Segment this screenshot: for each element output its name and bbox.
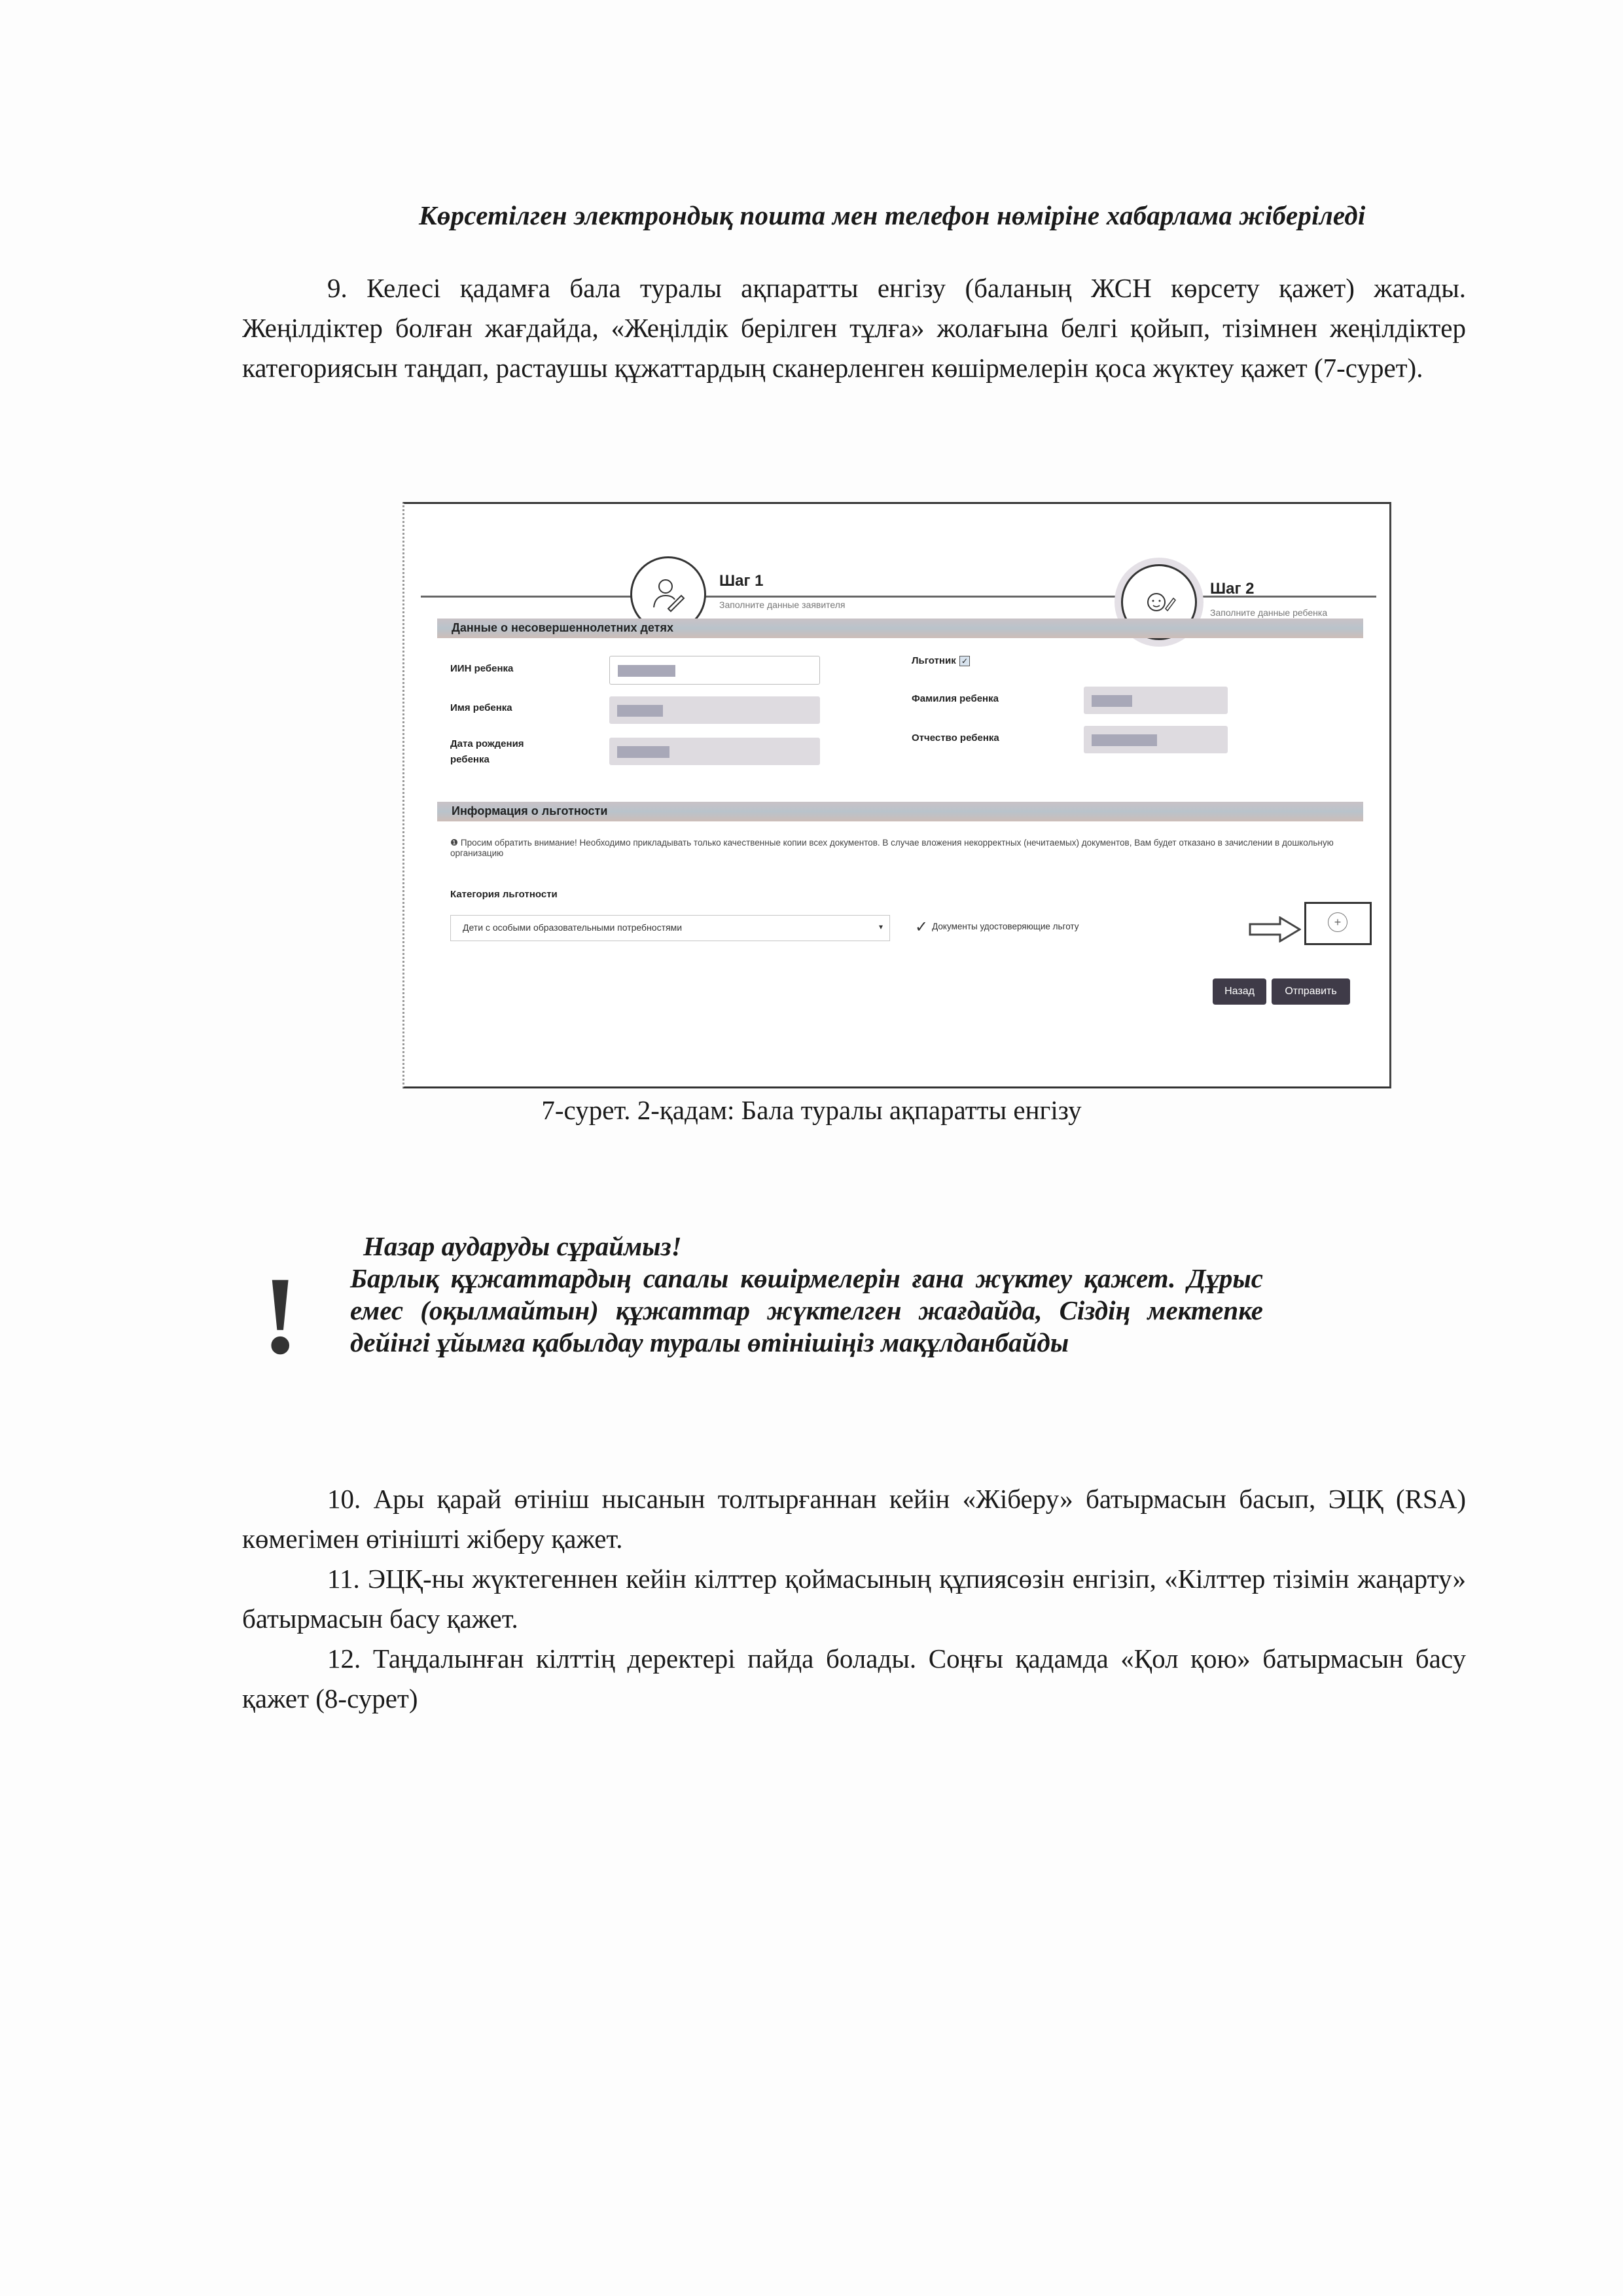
attention-title: Назар аударуды сұраймыз! — [350, 1230, 1263, 1263]
send-button[interactable]: Отправить — [1272, 978, 1350, 1005]
category-value: Дети с особыми образовательными потребно… — [463, 922, 682, 933]
arrow-right-icon — [1249, 916, 1301, 942]
add-file-icon: + — [1328, 912, 1347, 932]
section-title: Информация о льготности — [452, 804, 607, 818]
paragraph-step-12: 12. Таңдалынған кілттің деректері пайда … — [242, 1639, 1466, 1719]
surname-label: Фамилия ребенка — [912, 691, 999, 707]
dob-label: Дата рождения ребенка — [450, 736, 548, 768]
paragraph-text: 10. Ары қарай өтініш нысанын толтырғанна… — [242, 1484, 1466, 1554]
notice-text: Просим обратить внимание! Необходимо при… — [450, 838, 1334, 858]
chevron-down-icon: ▾ — [879, 922, 883, 931]
upload-box[interactable]: + — [1304, 902, 1372, 945]
category-label: Категория льготности — [450, 887, 558, 903]
iin-input[interactable] — [609, 656, 820, 685]
section-header-benefits: Информация о льготности — [437, 802, 1363, 821]
name-input[interactable] — [609, 696, 820, 724]
notice: ❶ Просим обратить внимание! Необходимо п… — [450, 838, 1353, 859]
name-label: Имя ребенка — [450, 700, 512, 716]
documents-label: Документы удостоверяющие льготу — [932, 922, 1079, 931]
iin-label: ИИН ребенка — [450, 661, 513, 677]
step-2-title: Шаг 2 — [1210, 580, 1327, 598]
document-page: Көрсетілген электрондық пошта мен телефо… — [0, 0, 1623, 2296]
screenshot-figure-7: Шаг 1 Заполните данные заявителя Шаг 2 З… — [402, 502, 1391, 1088]
paragraph-text: 9. Келесі қадамға бала туралы ақпаратты … — [242, 273, 1466, 383]
section-header-children: Данные о несовершеннолетних детях — [437, 619, 1363, 638]
step-2-subtitle: Заполните данные ребенка — [1210, 607, 1327, 618]
figure-caption: 7-сурет. 2-қадам: Бала туралы ақпаратты … — [0, 1094, 1623, 1126]
paragraph-step-10: 10. Ары қарай өтініш нысанын толтырғанна… — [242, 1479, 1466, 1559]
beneficiary-label: Льготник — [912, 653, 956, 669]
notification-heading: Көрсетілген электрондық пошта мен телефо… — [419, 200, 1440, 231]
surname-input[interactable] — [1084, 687, 1228, 714]
paragraph-step-11: 11. ЭЦҚ-ны жүктегеннен кейін кілттер қой… — [242, 1559, 1466, 1639]
back-button[interactable]: Назад — [1213, 978, 1266, 1005]
beneficiary-checkbox[interactable]: ✓ — [959, 656, 970, 666]
check-icon: ✓ — [915, 918, 928, 936]
step-1-title: Шаг 1 — [719, 572, 845, 590]
paragraph-step-9: 9. Келесі қадамға бала туралы ақпаратты … — [242, 268, 1466, 388]
step-1-subtitle: Заполните данные заявителя — [719, 600, 845, 610]
patronymic-label: Отчество ребенка — [912, 730, 999, 746]
paragraph-text: 12. Таңдалынған кілттің деректері пайда … — [242, 1643, 1466, 1713]
dob-input[interactable] — [609, 738, 820, 765]
info-icon: ❶ — [450, 838, 461, 848]
attention-body: Барлық құжаттардың сапалы көшірмелерін ғ… — [350, 1263, 1263, 1359]
paragraph-text: 11. ЭЦҚ-ны жүктегеннен кейін кілттер қой… — [242, 1564, 1466, 1634]
exclamation-icon: ! — [262, 1260, 299, 1371]
documents-confirm: ✓Документы удостоверяющие льготу — [915, 918, 1079, 937]
category-select[interactable]: Дети с особыми образовательными потребно… — [450, 915, 890, 941]
patronymic-input[interactable] — [1084, 726, 1228, 753]
section-title: Данные о несовершеннолетних детях — [452, 621, 673, 635]
